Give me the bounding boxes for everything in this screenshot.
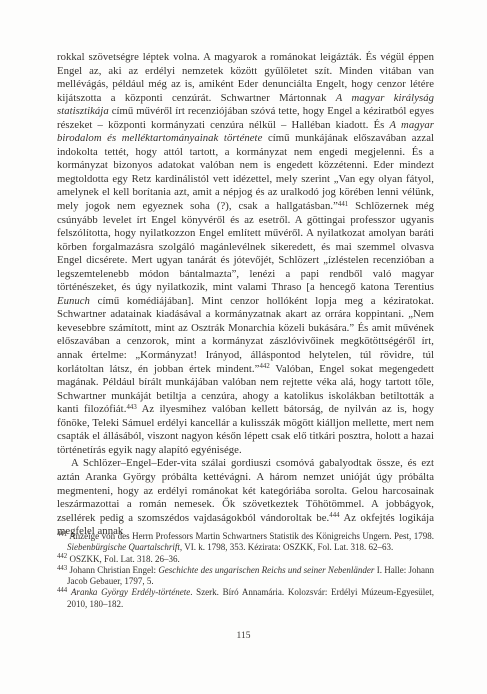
footnote-marker: 443 — [57, 565, 67, 572]
text-run: Johann Christian Engel: — [69, 565, 158, 575]
italic-text: Siebenbürgische Quartalschrift — [67, 542, 180, 552]
text-run: Schlözernek még csúnyább levelet írt Eng… — [57, 200, 434, 293]
footnote: 442 OSZKK, Fol. Lat. 318. 26–36. — [57, 554, 434, 565]
text-run: , VI. k. 1798, 353. Kézirata: OSZKK, Fol… — [180, 542, 393, 552]
body-text: rokkal szövetségre léptek volna. A magya… — [57, 51, 434, 539]
italic-text: Geschichte des ungarischen Reichs und se… — [158, 565, 374, 575]
italic-text: Aranka György Erdély-története — [71, 587, 190, 597]
footnote-ref: 441 — [338, 201, 348, 208]
text-run: című művéről írt recenziójában szóvá tet… — [57, 105, 434, 131]
text-run: Anzeige von des Herrn Professors Martin … — [69, 531, 434, 541]
footnote-ref: 444 — [329, 512, 339, 519]
book-page: rokkal szövetségre léptek volna. A magya… — [0, 0, 487, 694]
footnote-marker: 441 — [57, 531, 67, 538]
text-run: OSZKK, Fol. Lat. 318. 26–36. — [69, 554, 179, 564]
footnote-marker: 444 — [57, 587, 67, 594]
footnote-ref: 443 — [126, 404, 136, 411]
footnote: 443 Johann Christian Engel: Geschichte d… — [57, 565, 434, 588]
paragraph: A Schlözer–Engel–Eder-vita szálai gordiu… — [57, 457, 434, 538]
paragraph: rokkal szövetségre léptek volna. A magya… — [57, 51, 434, 457]
footnote-ref: 442 — [259, 363, 269, 370]
footnote-marker: 442 — [57, 553, 67, 560]
footnote: 444 Aranka György Erdély-története. Szer… — [57, 587, 434, 610]
page-number: 115 — [0, 631, 487, 641]
italic-text: Eunuch — [57, 295, 90, 307]
footnotes: 441 Anzeige von des Herrn Professors Mar… — [57, 531, 434, 610]
footnote: 441 Anzeige von des Herrn Professors Mar… — [57, 531, 434, 554]
